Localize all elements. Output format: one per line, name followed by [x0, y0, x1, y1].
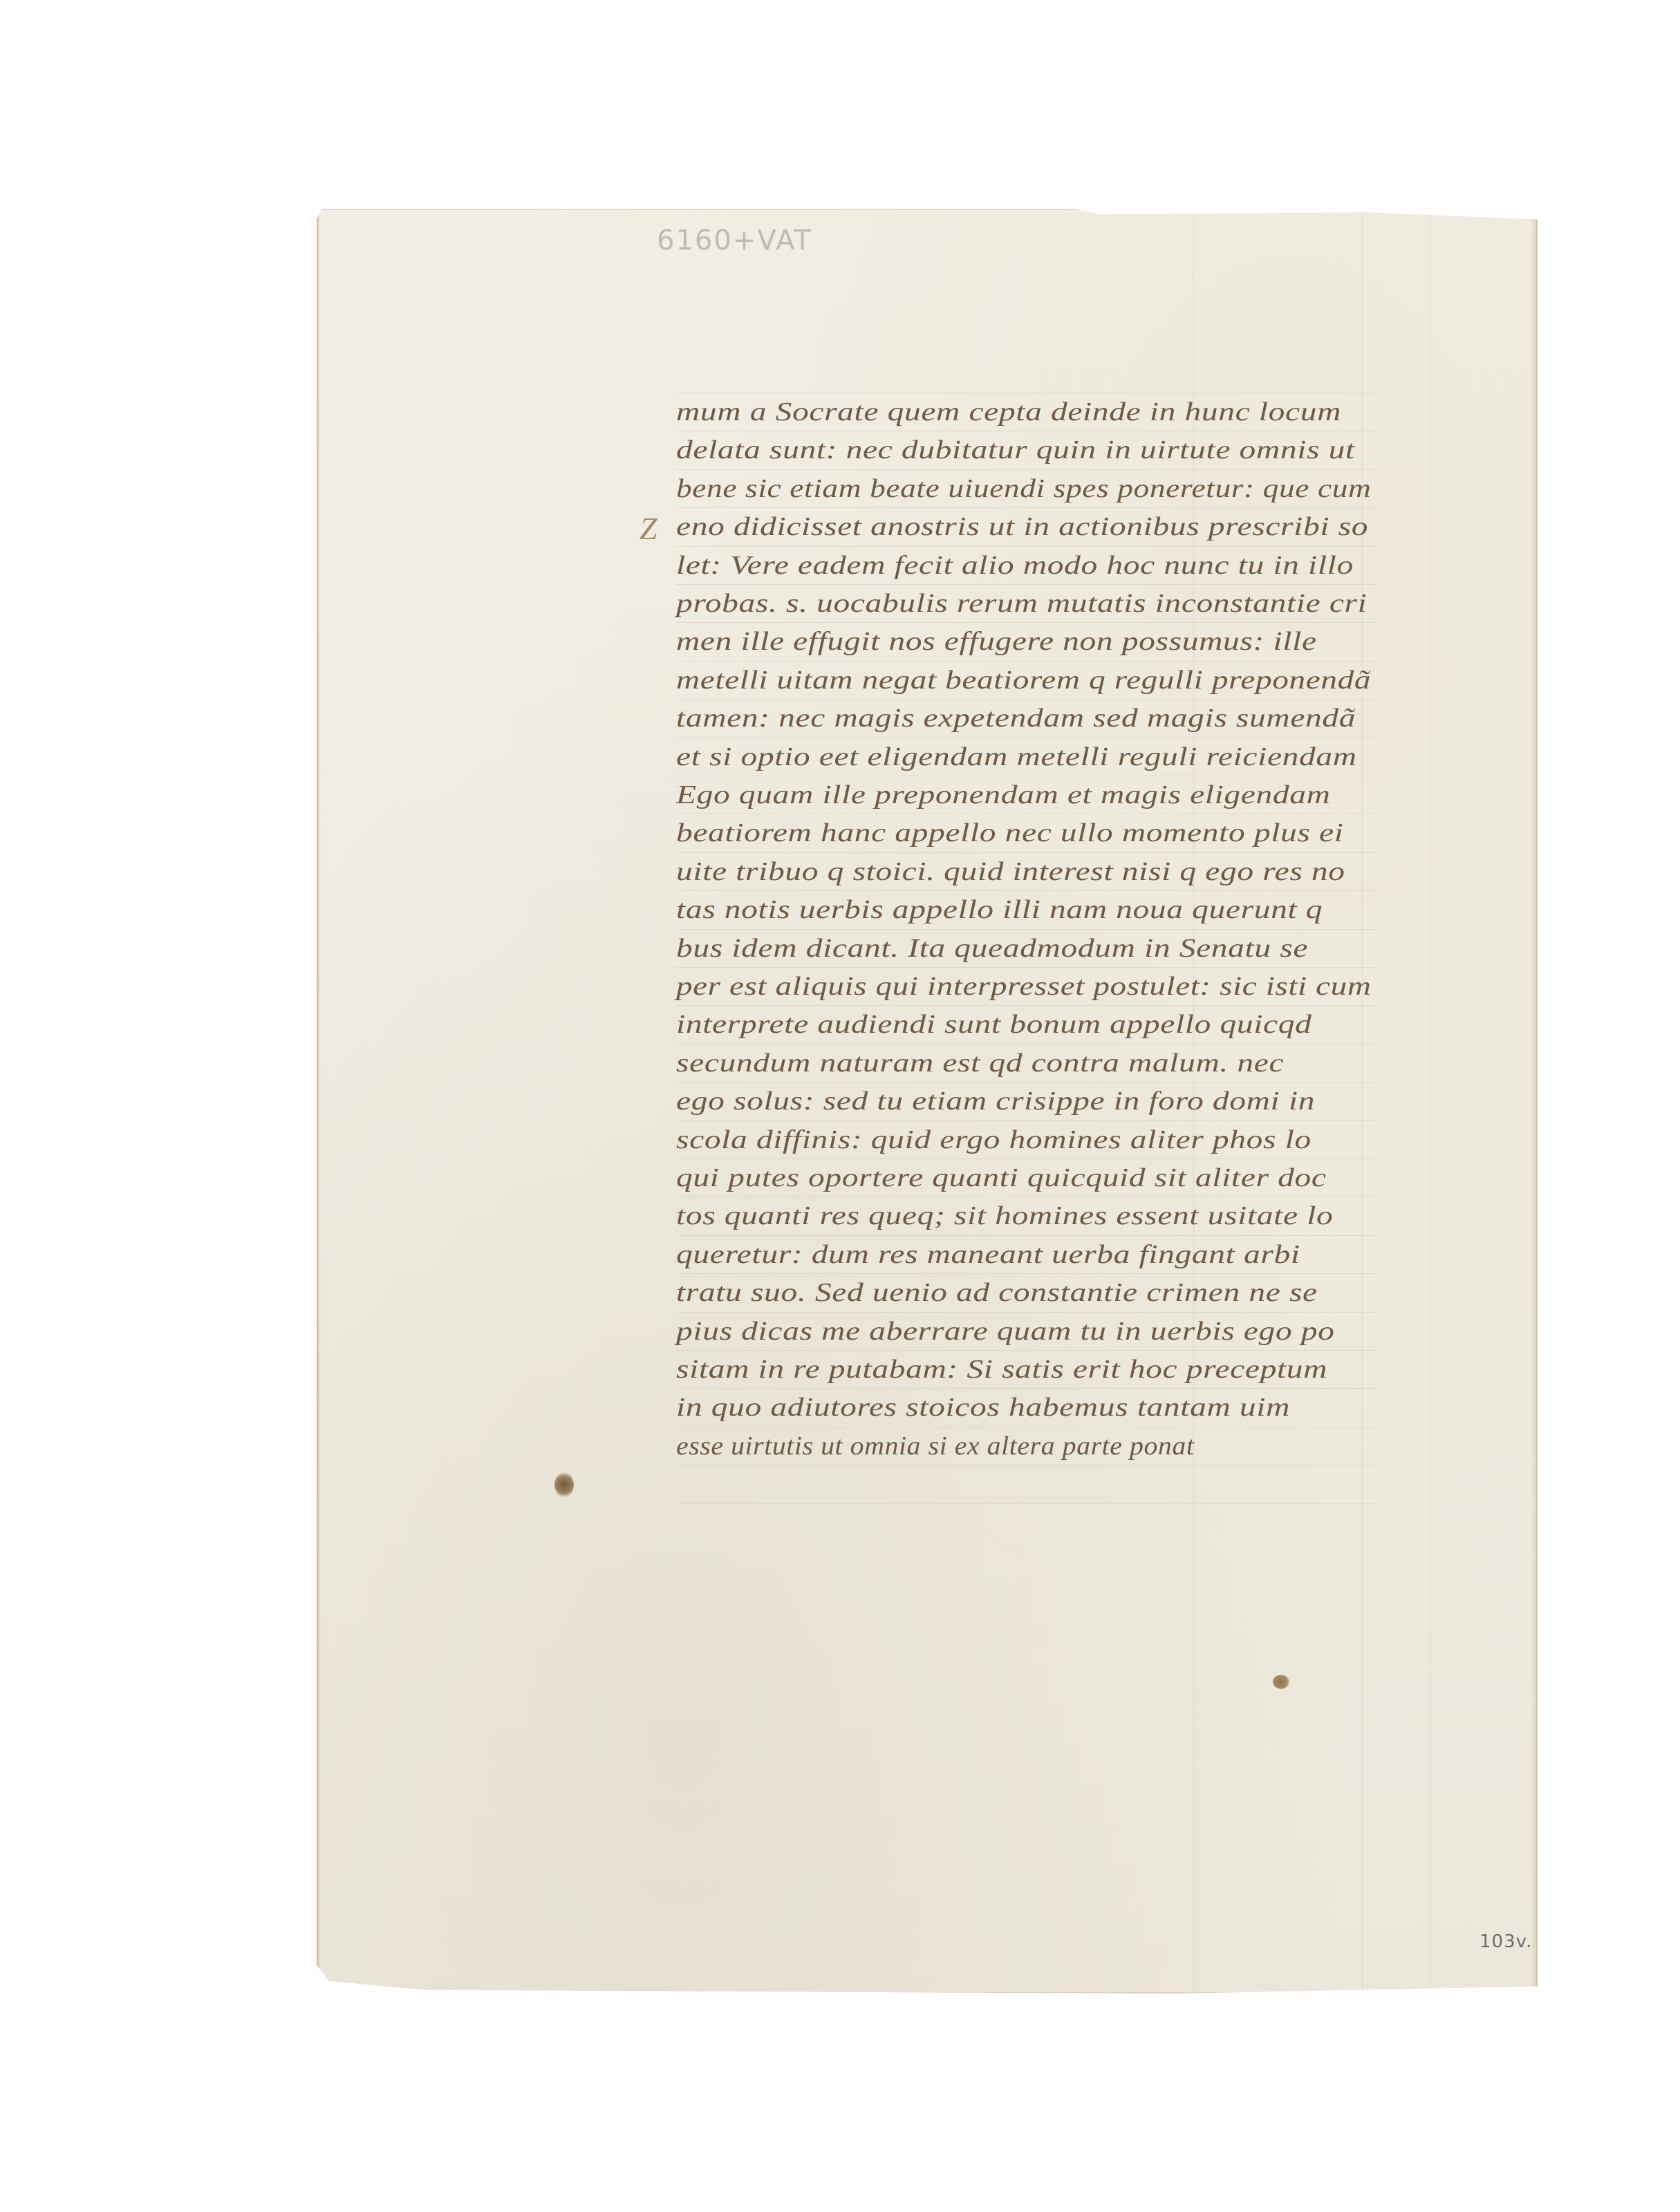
- ruling-line: [676, 776, 1378, 776]
- ruling-line: [676, 1159, 1378, 1159]
- leaf-right-edge: [1531, 209, 1538, 1994]
- ruling-line: [676, 852, 1378, 853]
- text-line: bus idem dicant. Ita queadmodum in Senat…: [676, 932, 1308, 965]
- ruling-line: [676, 1121, 1378, 1121]
- ruling-line: [676, 890, 1378, 891]
- text-line: tas notis uerbis appello illi nam noua q…: [676, 893, 1323, 926]
- leaf-left-edge: [317, 209, 321, 1994]
- text-line: men ille effugit nos effugere non possum…: [676, 625, 1317, 658]
- ruling-line: [676, 738, 1378, 738]
- fold-line: [1430, 209, 1430, 1994]
- folio-number: 103v.: [1480, 1931, 1532, 1952]
- text-line: esse uirtutis ut omnia si ex altera part…: [676, 1430, 1194, 1463]
- text-line: tratu suo. Sed uenio ad constantie crime…: [676, 1276, 1318, 1309]
- ruling-line: [676, 929, 1378, 930]
- ruling-line: [676, 1197, 1378, 1197]
- text-line: et si optio eet eligendam metelli reguli…: [676, 740, 1357, 774]
- text-line: scola diffinis: quid ergo homines aliter…: [676, 1123, 1312, 1156]
- ruling-line: [676, 661, 1378, 662]
- text-line: secundum naturam est qd contra malum. ne…: [676, 1047, 1284, 1080]
- ruling-line: [676, 814, 1378, 814]
- ruling-line: [676, 1273, 1378, 1274]
- text-line: metelli uitam negat beatiorem q regulli …: [676, 664, 1371, 697]
- text-line: queretur: dum res maneant uerba fingant …: [676, 1238, 1300, 1271]
- text-line: ego solus: sed tu etiam crisippe in foro…: [676, 1085, 1315, 1118]
- ruling-line: [676, 507, 1378, 508]
- text-line: eno didicisset anostris ut in actionibus…: [676, 510, 1368, 543]
- pencil-annotation: 6160+VAT: [657, 225, 812, 256]
- text-line: delata sunt: nec dubitatur quin in uirtu…: [676, 433, 1355, 467]
- ruling-line: [676, 1427, 1378, 1427]
- ruling-line: [676, 393, 1378, 393]
- text-line: Ego quam ille preponendam et magis elige…: [676, 778, 1331, 812]
- ruling-line: [676, 1044, 1378, 1044]
- ruling-line: [676, 699, 1378, 700]
- text-line: per est aliquis qui interpresset postule…: [676, 970, 1371, 1003]
- marginal-initial: Z: [640, 510, 657, 547]
- ruling-line: [676, 431, 1378, 431]
- text-line: tamen: nec magis expetendam sed magis su…: [676, 702, 1356, 735]
- text-line: let: Vere eadem fecit alio modo hoc nunc…: [676, 549, 1354, 582]
- text-line: interprete audiendi sunt bonum appello q…: [676, 1008, 1312, 1041]
- ruling-line: [676, 469, 1378, 470]
- ruling-line: [676, 1388, 1378, 1389]
- ruling-line: [676, 1503, 1378, 1504]
- ink-blot: [554, 1472, 574, 1497]
- text-line: beatiorem hanc appello nec ullo momento …: [676, 816, 1344, 850]
- ruling-line: [676, 584, 1378, 585]
- text-line: pius dicas me aberrare quam tu in uerbis…: [676, 1315, 1334, 1348]
- ruling-line: [676, 622, 1378, 623]
- text-line: mum a Socrate quem cepta deinde in hunc …: [676, 395, 1341, 429]
- ruling-line: [676, 1235, 1378, 1236]
- text-line: qui putes oportere quanti quicquid sit a…: [676, 1161, 1327, 1194]
- text-line: bene sic etiam beate uiuendi spes ponere…: [676, 472, 1371, 505]
- text-line: sitam in re putabam: Si satis erit hoc p…: [676, 1353, 1327, 1386]
- ruling-line: [676, 1005, 1378, 1006]
- ruling-line: [676, 1082, 1378, 1082]
- text-line: uite tribuo q stoici. quid interest nisi…: [676, 855, 1345, 888]
- stain-spot: [1273, 1675, 1289, 1689]
- text-line: tos quanti res queq; sit homines essent …: [676, 1199, 1333, 1232]
- ruling-line: [676, 1465, 1378, 1465]
- text-line: in quo adiutores stoicos habemus tantam …: [676, 1391, 1290, 1424]
- ruling-line: [676, 546, 1378, 547]
- text-line: probas. s. uocabulis rerum mutatis incon…: [676, 587, 1367, 620]
- ruling-line: [676, 967, 1378, 968]
- ruling-line: [676, 1312, 1378, 1313]
- ruling-line: [676, 1350, 1378, 1351]
